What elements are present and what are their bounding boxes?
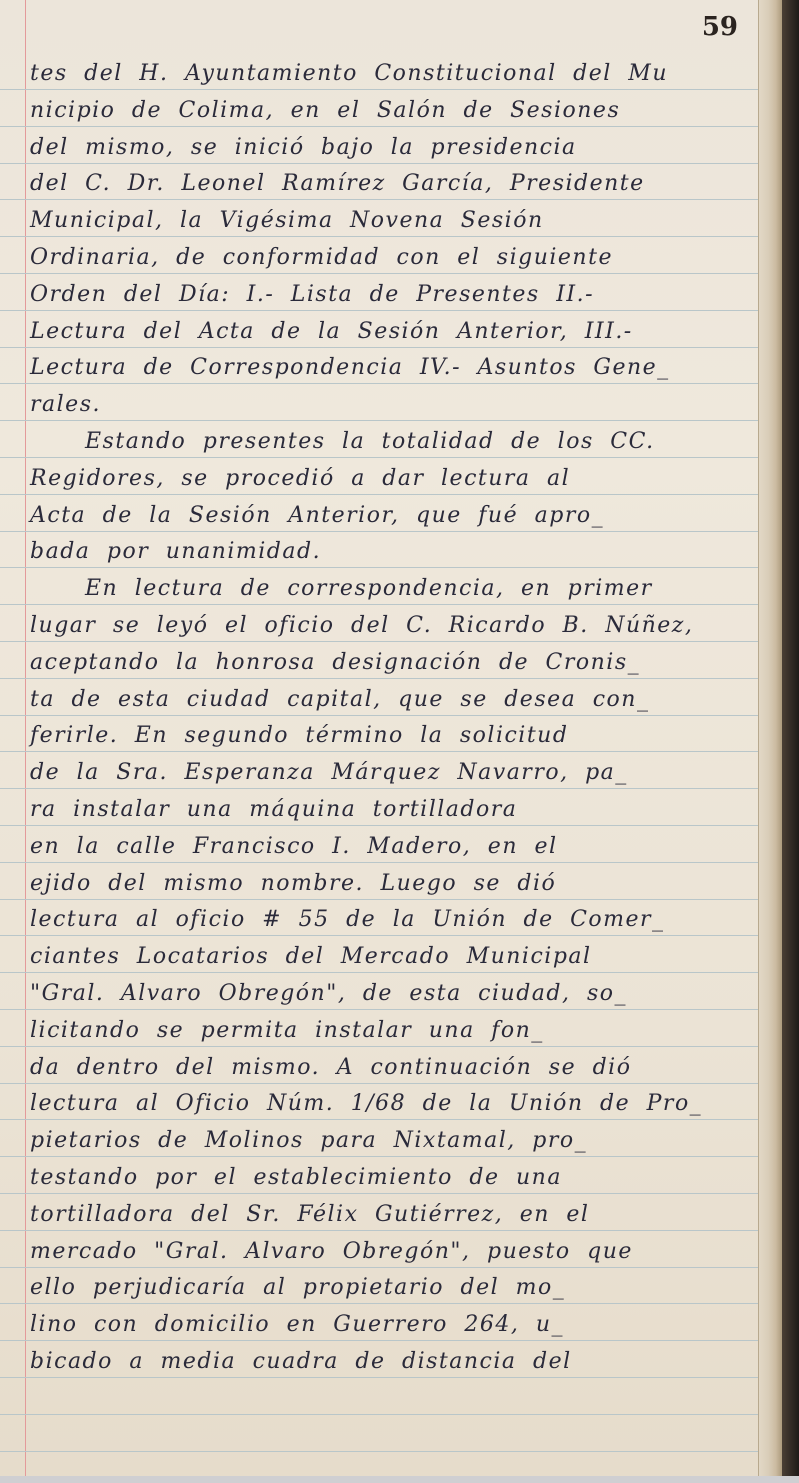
handwritten-line: Municipal, la Vigésima Novena Sesión bbox=[30, 202, 544, 239]
ruled-line bbox=[0, 1414, 760, 1415]
page-edge-stack bbox=[758, 0, 782, 1476]
handwritten-line: Lectura de Correspondencia IV.- Asuntos … bbox=[30, 349, 670, 386]
handwritten-line: rales. bbox=[30, 386, 101, 423]
handwritten-line: testando por el establecimiento de una bbox=[30, 1159, 562, 1196]
ruled-line bbox=[0, 420, 760, 421]
handwritten-line: Estando presentes la totalidad de los CC… bbox=[30, 423, 655, 460]
handwritten-line: "Gral. Alvaro Obregón", de esta ciudad, … bbox=[30, 975, 627, 1012]
handwritten-line: ello perjudicaría al propietario del mo_ bbox=[30, 1269, 565, 1306]
book-binding bbox=[782, 0, 799, 1483]
handwritten-line: Orden del Día: I.- Lista de Presentes II… bbox=[30, 276, 594, 313]
handwritten-line: mercado "Gral. Alvaro Obregón", puesto q… bbox=[30, 1233, 633, 1270]
bottom-background bbox=[0, 1476, 799, 1483]
handwritten-line: nicipio de Colima, en el Salón de Sesion… bbox=[30, 92, 620, 129]
handwritten-line: tortilladora del Sr. Félix Gutiérrez, en… bbox=[30, 1196, 589, 1233]
red-margin-line bbox=[25, 0, 26, 1476]
handwritten-line: del C. Dr. Leonel Ramírez García, Presid… bbox=[30, 165, 645, 202]
handwritten-line: Lectura del Acta de la Sesión Anterior, … bbox=[30, 313, 633, 350]
handwritten-line: En lectura de correspondencia, en primer bbox=[30, 570, 653, 607]
ledger-page: 59 tes del H. Ayuntamiento Constituciona… bbox=[0, 0, 782, 1476]
handwritten-line: lectura al oficio # 55 de la Unión de Co… bbox=[30, 901, 665, 938]
handwritten-line: ra instalar una máquina tortilladora bbox=[30, 791, 517, 828]
handwritten-line: pietarios de Molinos para Nixtamal, pro_ bbox=[30, 1122, 587, 1159]
handwritten-line: tes del H. Ayuntamiento Constitucional d… bbox=[30, 55, 668, 92]
handwritten-line: lugar se leyó el oficio del C. Ricardo B… bbox=[30, 607, 693, 644]
page-number: 59 bbox=[702, 12, 738, 42]
handwritten-line: del mismo, se inició bajo la presidencia bbox=[30, 129, 577, 166]
handwritten-line: licitando se permita instalar una fon_ bbox=[30, 1012, 544, 1049]
handwritten-line: de la Sra. Esperanza Márquez Navarro, pa… bbox=[30, 754, 628, 791]
ruled-line bbox=[0, 1451, 760, 1452]
handwritten-line: lectura al Oficio Núm. 1/68 de la Unión … bbox=[30, 1085, 702, 1122]
handwritten-line: ciantes Locatarios del Mercado Municipal bbox=[30, 938, 592, 975]
handwritten-line: bada por unanimidad. bbox=[30, 533, 321, 570]
handwritten-line: da dentro del mismo. A continuación se d… bbox=[30, 1049, 631, 1086]
handwritten-line: bicado a media cuadra de distancia del bbox=[30, 1343, 572, 1380]
handwritten-line: lino con domicilio en Guerrero 264, u_ bbox=[30, 1306, 564, 1343]
handwritten-line: ta de esta ciudad capital, que se desea … bbox=[30, 681, 649, 718]
handwritten-line: aceptando la honrosa designación de Cron… bbox=[30, 644, 640, 681]
handwritten-line: ferirle. En segundo término la solicitud bbox=[30, 717, 568, 754]
handwritten-line: en la calle Francisco I. Madero, en el bbox=[30, 828, 558, 865]
handwritten-line: Regidores, se procedió a dar lectura al bbox=[30, 460, 570, 497]
handwritten-line: Acta de la Sesión Anterior, que fué apro… bbox=[30, 497, 604, 534]
handwritten-line: ejido del mismo nombre. Luego se dió bbox=[30, 865, 556, 902]
handwritten-line: Ordinaria, de conformidad con el siguien… bbox=[30, 239, 613, 276]
